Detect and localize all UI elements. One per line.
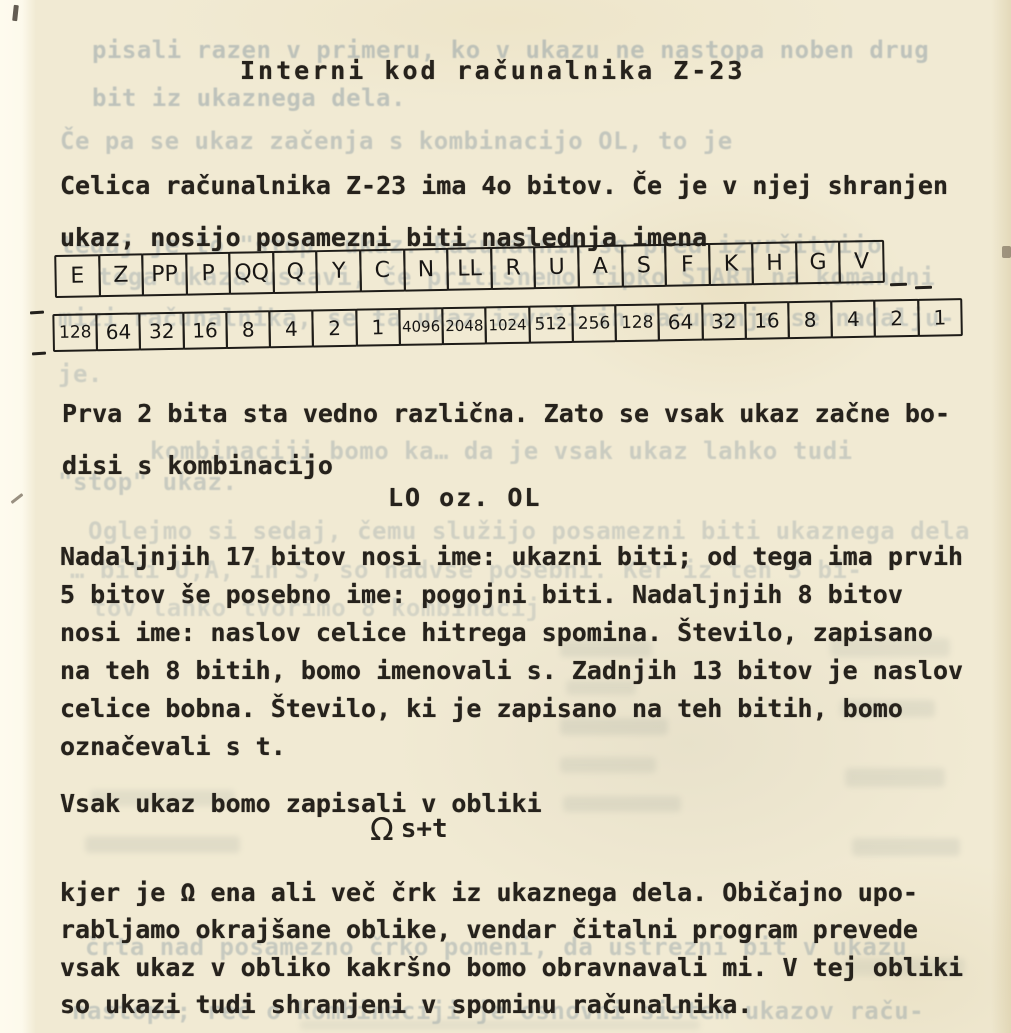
scan-speck <box>1002 246 1011 258</box>
pen-dash <box>30 311 44 315</box>
combination-text: LO oz. OL <box>388 483 541 512</box>
bleed-through-line: je. <box>58 360 103 388</box>
bit-value-cell: 16 <box>744 301 790 340</box>
bit-value-cell: 512 <box>528 305 574 344</box>
formula-operand: s+t <box>401 814 448 844</box>
pen-dash <box>32 352 46 356</box>
paragraph-2: Prva 2 bita sta vedno različna. Zato se … <box>62 388 950 492</box>
bit-letter-cell: R <box>490 246 536 290</box>
bit-letter-cell: A <box>577 245 623 289</box>
page-title: Interni kod računalnika Z-23 <box>240 56 745 85</box>
bit-value-cell: 64 <box>96 312 142 351</box>
bit-letter-cell: N <box>403 248 449 292</box>
ink-smudge <box>845 768 945 787</box>
bit-value-cell: 64 <box>658 303 704 342</box>
omega-symbol: Ω <box>370 812 394 848</box>
ink-smudge <box>563 796 681 812</box>
bleed-through-line: bit iz ukaznega dela. <box>92 84 406 112</box>
bit-value-cell: 16 <box>182 311 228 350</box>
bit-letter-cell: QQ <box>228 251 274 295</box>
bit-letter-cell: C <box>359 249 405 293</box>
paragraph-5: kjer je Ω ena ali več črk iz ukaznega de… <box>60 874 963 1024</box>
bit-letter-cell: P <box>185 252 231 296</box>
bit-letter-cell: F <box>664 243 710 287</box>
bit-value-cell: 2 <box>874 299 920 338</box>
bit-value-cell: 1 <box>917 298 963 337</box>
bit-value-cell: 128 <box>52 313 98 352</box>
text-line: so ukazi tudi shranjeni v spominu računa… <box>60 986 963 1023</box>
text-line: kjer je Ω ena ali več črk iz ukaznega de… <box>60 874 963 911</box>
bleed-through-line: Če pa se ukaz začenja s kombinacijo OL, … <box>60 127 733 155</box>
bit-letter-cell: K <box>708 242 754 286</box>
bit-value-cell: 8 <box>225 310 271 349</box>
text-line: rabljamo okrajšane oblike, vendar čitaln… <box>60 911 963 948</box>
bit-value-cell: 1024 <box>485 306 531 345</box>
bit-value-cell: 2 <box>312 309 358 348</box>
scan-speck <box>11 493 24 504</box>
bit-value-cell: 32 <box>139 312 185 351</box>
bit-letter-cell: H <box>751 241 797 285</box>
bit-value-cell: 32 <box>701 302 747 341</box>
text-line: Prva 2 bita sta vedno različna. Zato se … <box>62 388 950 440</box>
bit-letter-cell: PP <box>141 253 187 297</box>
bit-value-cell: 2048 <box>441 306 487 345</box>
text-line: 5 bitov še posebno ime: pogojni biti. Na… <box>60 576 963 614</box>
text-line: Nadaljnjih 17 bitov nosi ime: ukazni bit… <box>60 538 963 576</box>
paragraph-4: Vsak ukaz bomo zapisali v obliki <box>60 778 542 830</box>
text-line: na teh 8 bitih, bomo imenovali s. Zadnji… <box>60 652 963 690</box>
bit-letter-cell: Q <box>272 250 318 294</box>
bit-letter-cell: S <box>621 244 667 288</box>
text-line: vsak ukaz v obliko kakršno bomo obravnav… <box>60 949 963 986</box>
bit-letter-cell: E <box>54 254 100 298</box>
bit-value-cell: 1 <box>355 308 401 347</box>
bit-letter-cell: Y <box>316 249 362 293</box>
scanned-page: pisali razen v primeru, ko v ukazu ne na… <box>0 0 1011 1033</box>
scan-speck <box>12 5 19 21</box>
bit-letter-cell: LL <box>446 247 492 291</box>
paragraph-3: Nadaljnjih 17 bitov nosi ime: ukazni bit… <box>60 538 963 766</box>
pen-dash <box>890 283 907 287</box>
text-line: označevali s t. <box>60 728 963 766</box>
bit-value-cell: 8 <box>787 300 833 339</box>
bit-letter-cell: U <box>533 245 579 289</box>
pen-dash <box>915 286 932 290</box>
bit-value-cell: 256 <box>571 304 617 343</box>
bit-letter-cell: Z <box>98 253 144 297</box>
bit-value-cell: 4 <box>830 300 876 339</box>
bit-letter-cell: V <box>838 240 884 284</box>
ink-smudge <box>85 836 240 853</box>
text-line: Vsak ukaz bomo zapisali v obliki <box>60 778 542 830</box>
ink-smudge <box>852 838 960 856</box>
bit-letter-cell: G <box>795 241 841 285</box>
instruction-formula: Ωs+t <box>370 812 448 848</box>
bit-value-cell: 4096 <box>398 307 444 346</box>
text-line: nosi ime: naslov celice hitrega spomina.… <box>60 614 963 652</box>
bit-value-cell: 128 <box>614 303 660 342</box>
text-line: celice bobna. Število, ki je zapisano na… <box>60 690 963 728</box>
text-line: Celica računalnika Z-23 ima 4o bitov. Če… <box>60 160 948 212</box>
bit-value-cell: 4 <box>268 309 314 348</box>
